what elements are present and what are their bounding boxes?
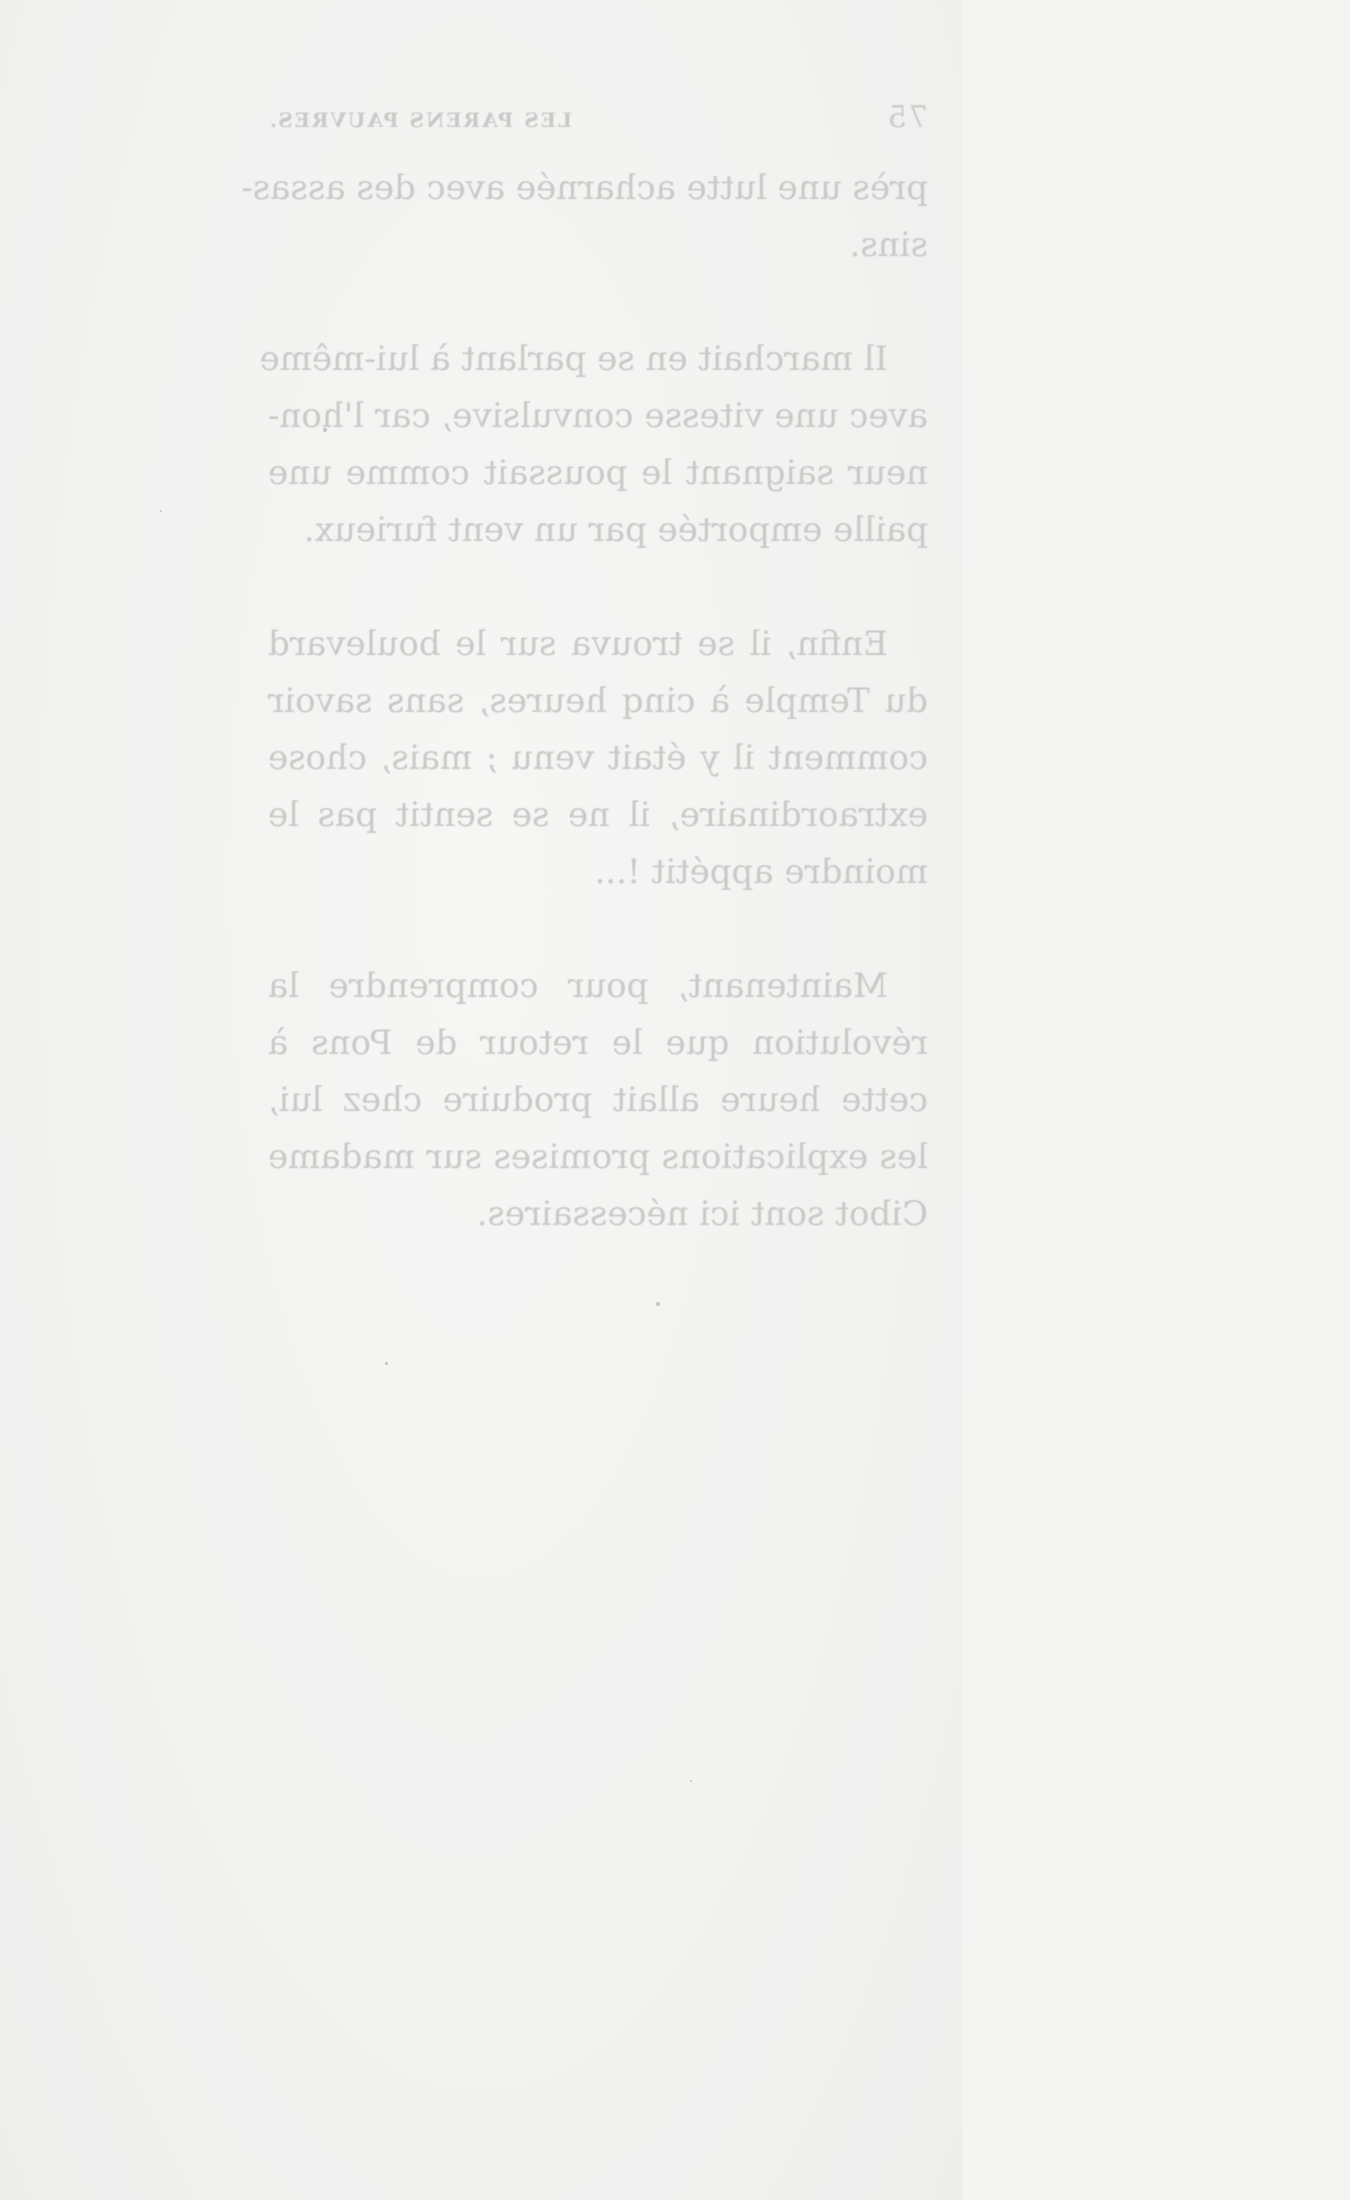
paragraph: Il marchait en se parlant à lui-même ave…	[268, 331, 928, 559]
paper-speck	[656, 1302, 660, 1306]
text-line: les explications promises sur madame	[268, 1129, 928, 1186]
text-line: extraordinaire, il ne se sentit pas le	[268, 787, 928, 844]
paragraph: Enfin, il se trouva sur le boulevard du …	[268, 616, 928, 901]
text-line: Enfin, il se trouva sur le boulevard	[268, 616, 928, 673]
paragraph: près une lutte acharnée avec des assas- …	[268, 160, 928, 274]
text-line: Maintenant, pour comprendre la	[268, 958, 928, 1015]
page-number: 75	[886, 100, 928, 135]
text-line: cette heure allait produire chez lui,	[268, 1072, 928, 1129]
paper-speck	[160, 510, 162, 512]
text-line: sins.	[268, 217, 928, 274]
paper-speck	[323, 428, 327, 432]
running-title: LES PARENS PAUVRES.	[268, 108, 572, 132]
book-page: 75 LES PARENS PAUVRES. près une lutte ac…	[0, 0, 962, 2200]
running-header: 75 LES PARENS PAUVRES.	[268, 100, 928, 160]
text-line: neur saignant le poussait comme une	[268, 445, 928, 502]
text-line: du Temple à cinq heures, sans savoir	[268, 673, 928, 730]
paper-speck	[385, 1362, 388, 1365]
text-line: avec une vitesse convulsive, car l'hon-	[268, 388, 928, 445]
text-line: moindre appétit !...	[268, 844, 928, 901]
text-line: près une lutte acharnée avec des assas-	[268, 160, 928, 217]
text-line: Il marchait en se parlant à lui-même	[268, 331, 928, 388]
bleed-through-text: 75 LES PARENS PAUVRES. près une lutte ac…	[268, 100, 928, 1243]
text-line: paille emportée par un vent furieux.	[268, 502, 928, 559]
text-line: Cibot sont ici nécessaires.	[268, 1186, 928, 1243]
text-line: révolution que le retour de Pons à	[268, 1015, 928, 1072]
paper-speck	[690, 1780, 692, 1782]
text-line: comment il y était venu ; mais, chose	[268, 730, 928, 787]
paragraph: Maintenant, pour comprendre la révolutio…	[268, 958, 928, 1243]
